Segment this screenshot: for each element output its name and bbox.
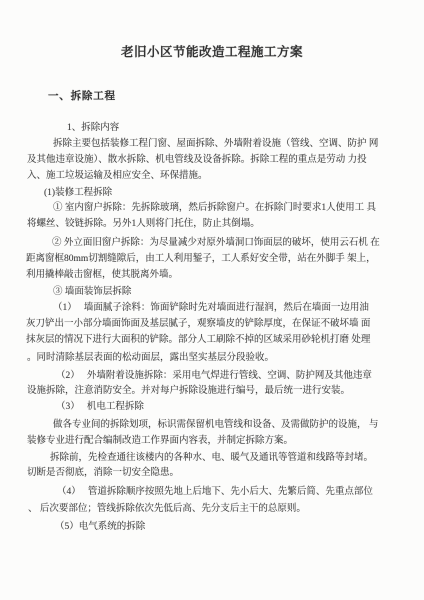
text-line: 抹灰层的情况下进行大面积的铲除。部分人工刷除不掉的区域采用砂轮机打磨 处理	[26, 334, 370, 346]
text-line: 灰刀铲出一小部分墙面饰面及基层腻子，观察墙皮的铲除厚度，在保证不破坏墙 面	[26, 318, 370, 330]
text-line: （4） 管道拆除顺序按照先地上后地下、先小后大、先繁后简、先重点部位	[57, 486, 373, 498]
text-line: 拆除前，先检查通往该楼内的各种水、电、暖气及通讯等管道和线路等封堵。	[50, 452, 373, 464]
text-line: 距离窗框80mm切割缝隙后，由工人利用錾子，工人系好安全带，站在外脚手 架上，	[26, 253, 376, 265]
text-line: 切断是否彻底，消除一切安全隐患。	[27, 467, 179, 479]
document-page: 老旧小区节能改造工程施工方案 一、拆除工程 1、拆除内容 拆除主要包括装修工程门…	[0, 0, 424, 600]
text-line: （3） 机电工程拆除	[56, 401, 144, 413]
text-line: 、 后次要部位；管线拆除依次先低后高、先分支后主干的总原则。	[28, 503, 306, 515]
text-line: （1） 墙面腻子涂料：饰面铲除时先对墙面进行湿润，然后在墙面一边用油	[53, 302, 369, 314]
text-line: 。同时清除基层表面的松动面层，露出坚实基层分段验收。	[27, 352, 274, 364]
text-line: 设施拆除，注意消防安全。并对每户拆除设施进行编号，最后统一进行安装。	[27, 385, 350, 397]
text-line: 将螺丝、铰链拆除。另外1人则将门托住，防止其倒塌。	[27, 218, 260, 230]
text-line: (1)装修工程拆除	[44, 187, 112, 199]
section-heading: 一、拆除工程	[48, 88, 116, 103]
text-line: （2） 外墙附着设施拆除：采用电气焊进行管线、空调、防护网及其他违章	[56, 370, 372, 382]
text-line: ③ 墙面装饰层拆除	[53, 286, 131, 298]
text-line: 装修专业进行配合编制改造工作界面内容表，并制定拆除方案。	[27, 435, 293, 447]
text-line: ② 外立面旧窗户拆除：为尽量减少对原外墙洞口饰面层的破坏，使用云石机 在	[52, 237, 380, 249]
text-line: 及其他违章设施）、散水拆除、机电管线及设备拆除。拆除工程的重点是劳动 力投	[27, 154, 367, 166]
text-line: 入、施工垃圾运输及相应安全、环保措施。	[27, 170, 208, 182]
text-line: 1、拆除内容	[67, 122, 119, 134]
text-line: ① 室内窗户拆除：先拆除玻璃，然后拆除窗户。在拆除门时要求1人使用工 具	[53, 202, 376, 214]
document-title: 老旧小区节能改造工程施工方案	[0, 42, 424, 60]
text-line: 做各专业间的拆除划项，标识需保留机电管线和设备、及需做防护的设施， 与	[53, 419, 378, 431]
text-line: 拆除主要包括装修工程门窗、屋面拆除、外墙附着设施（管线、空调、防护 网	[53, 138, 378, 150]
text-line: 利用撬棒敲击窗框，使其脱离外墙。	[26, 269, 178, 281]
text-line: （5）电气系统的拆除	[55, 521, 145, 533]
